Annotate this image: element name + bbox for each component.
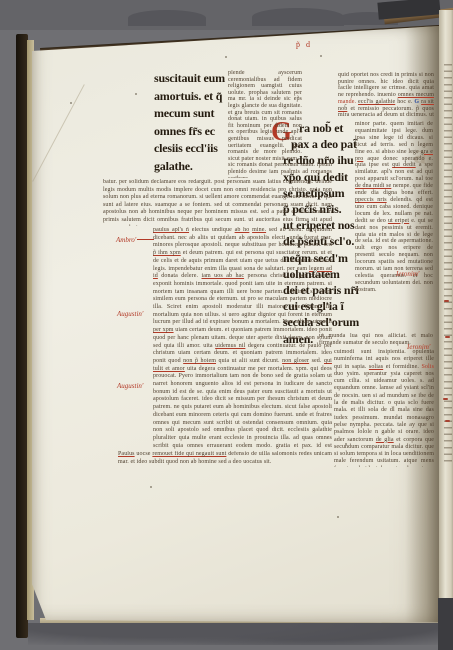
bible-line: mecum sunt	[154, 105, 225, 123]
facing-page-red-mark	[444, 300, 449, 302]
bible-line: suscitauit eum	[154, 70, 225, 88]
margin-note-ieronimus-1: Ieronim'	[396, 270, 419, 278]
ink-speck	[70, 102, 72, 104]
photo-of-manuscript: a p̃ d suscitauit eum amortuis. et q̃ me…	[0, 0, 453, 650]
gloss-left-main: paulus apl's ñ electus undique ab ho min…	[153, 227, 332, 450]
margin-note-ieronimus-2: Ieronim'	[407, 343, 430, 351]
facing-page-red-mark	[445, 420, 450, 422]
gloss-left-side: plende ayscerum ceremonialibus ad fidem …	[228, 70, 302, 162]
page-stack-silhouette	[128, 10, 206, 26]
bible-text-left: suscitauit eum amortuis. et q̃ mecum sun…	[154, 70, 225, 175]
bible-line: clesiis eccl'iis	[154, 140, 225, 158]
margin-note-augustinus-1: Augustin'	[117, 310, 143, 318]
gloss-left-mid: sic romanis donat personam suam. ipsum p…	[228, 162, 332, 178]
book-bottom-shadow	[28, 623, 443, 645]
bottom-right-shadow	[438, 598, 453, 650]
bible-line: galathe.	[154, 158, 225, 176]
page-stack-silhouette	[252, 8, 344, 26]
gloss-right-bottom: cuimodi sunt insipientia. opulenta numin…	[334, 349, 434, 467]
gloss-left-upper: batur. per solidum declamare eos redargu…	[103, 179, 332, 226]
folio-mark: p̃ d	[296, 40, 312, 49]
ink-speck	[150, 486, 152, 488]
gloss-right-side: minor parte. quem imitari de equanimitat…	[355, 121, 433, 333]
bible-line: amortuis. et q̃	[154, 88, 225, 106]
facing-page-text-slivers	[444, 64, 452, 462]
ink-speck	[225, 56, 227, 58]
ink-speck	[337, 516, 339, 518]
gloss-right-top: quid oportet nos credi in primis si non …	[338, 72, 434, 119]
ink-speck	[135, 93, 137, 95]
margin-note-ambrosius: Ambro'	[116, 236, 154, 244]
gloss-left-last-lines: Paulus uocse remouet fide qui negauit su…	[118, 451, 332, 467]
margin-note-augustinus-2: Augustin'	[117, 382, 143, 390]
facing-page-red-mark	[443, 398, 448, 400]
ink-speck	[320, 55, 322, 57]
facing-page-red-mark	[445, 336, 450, 338]
bible-line: omnes fr̃s ec	[154, 123, 225, 141]
